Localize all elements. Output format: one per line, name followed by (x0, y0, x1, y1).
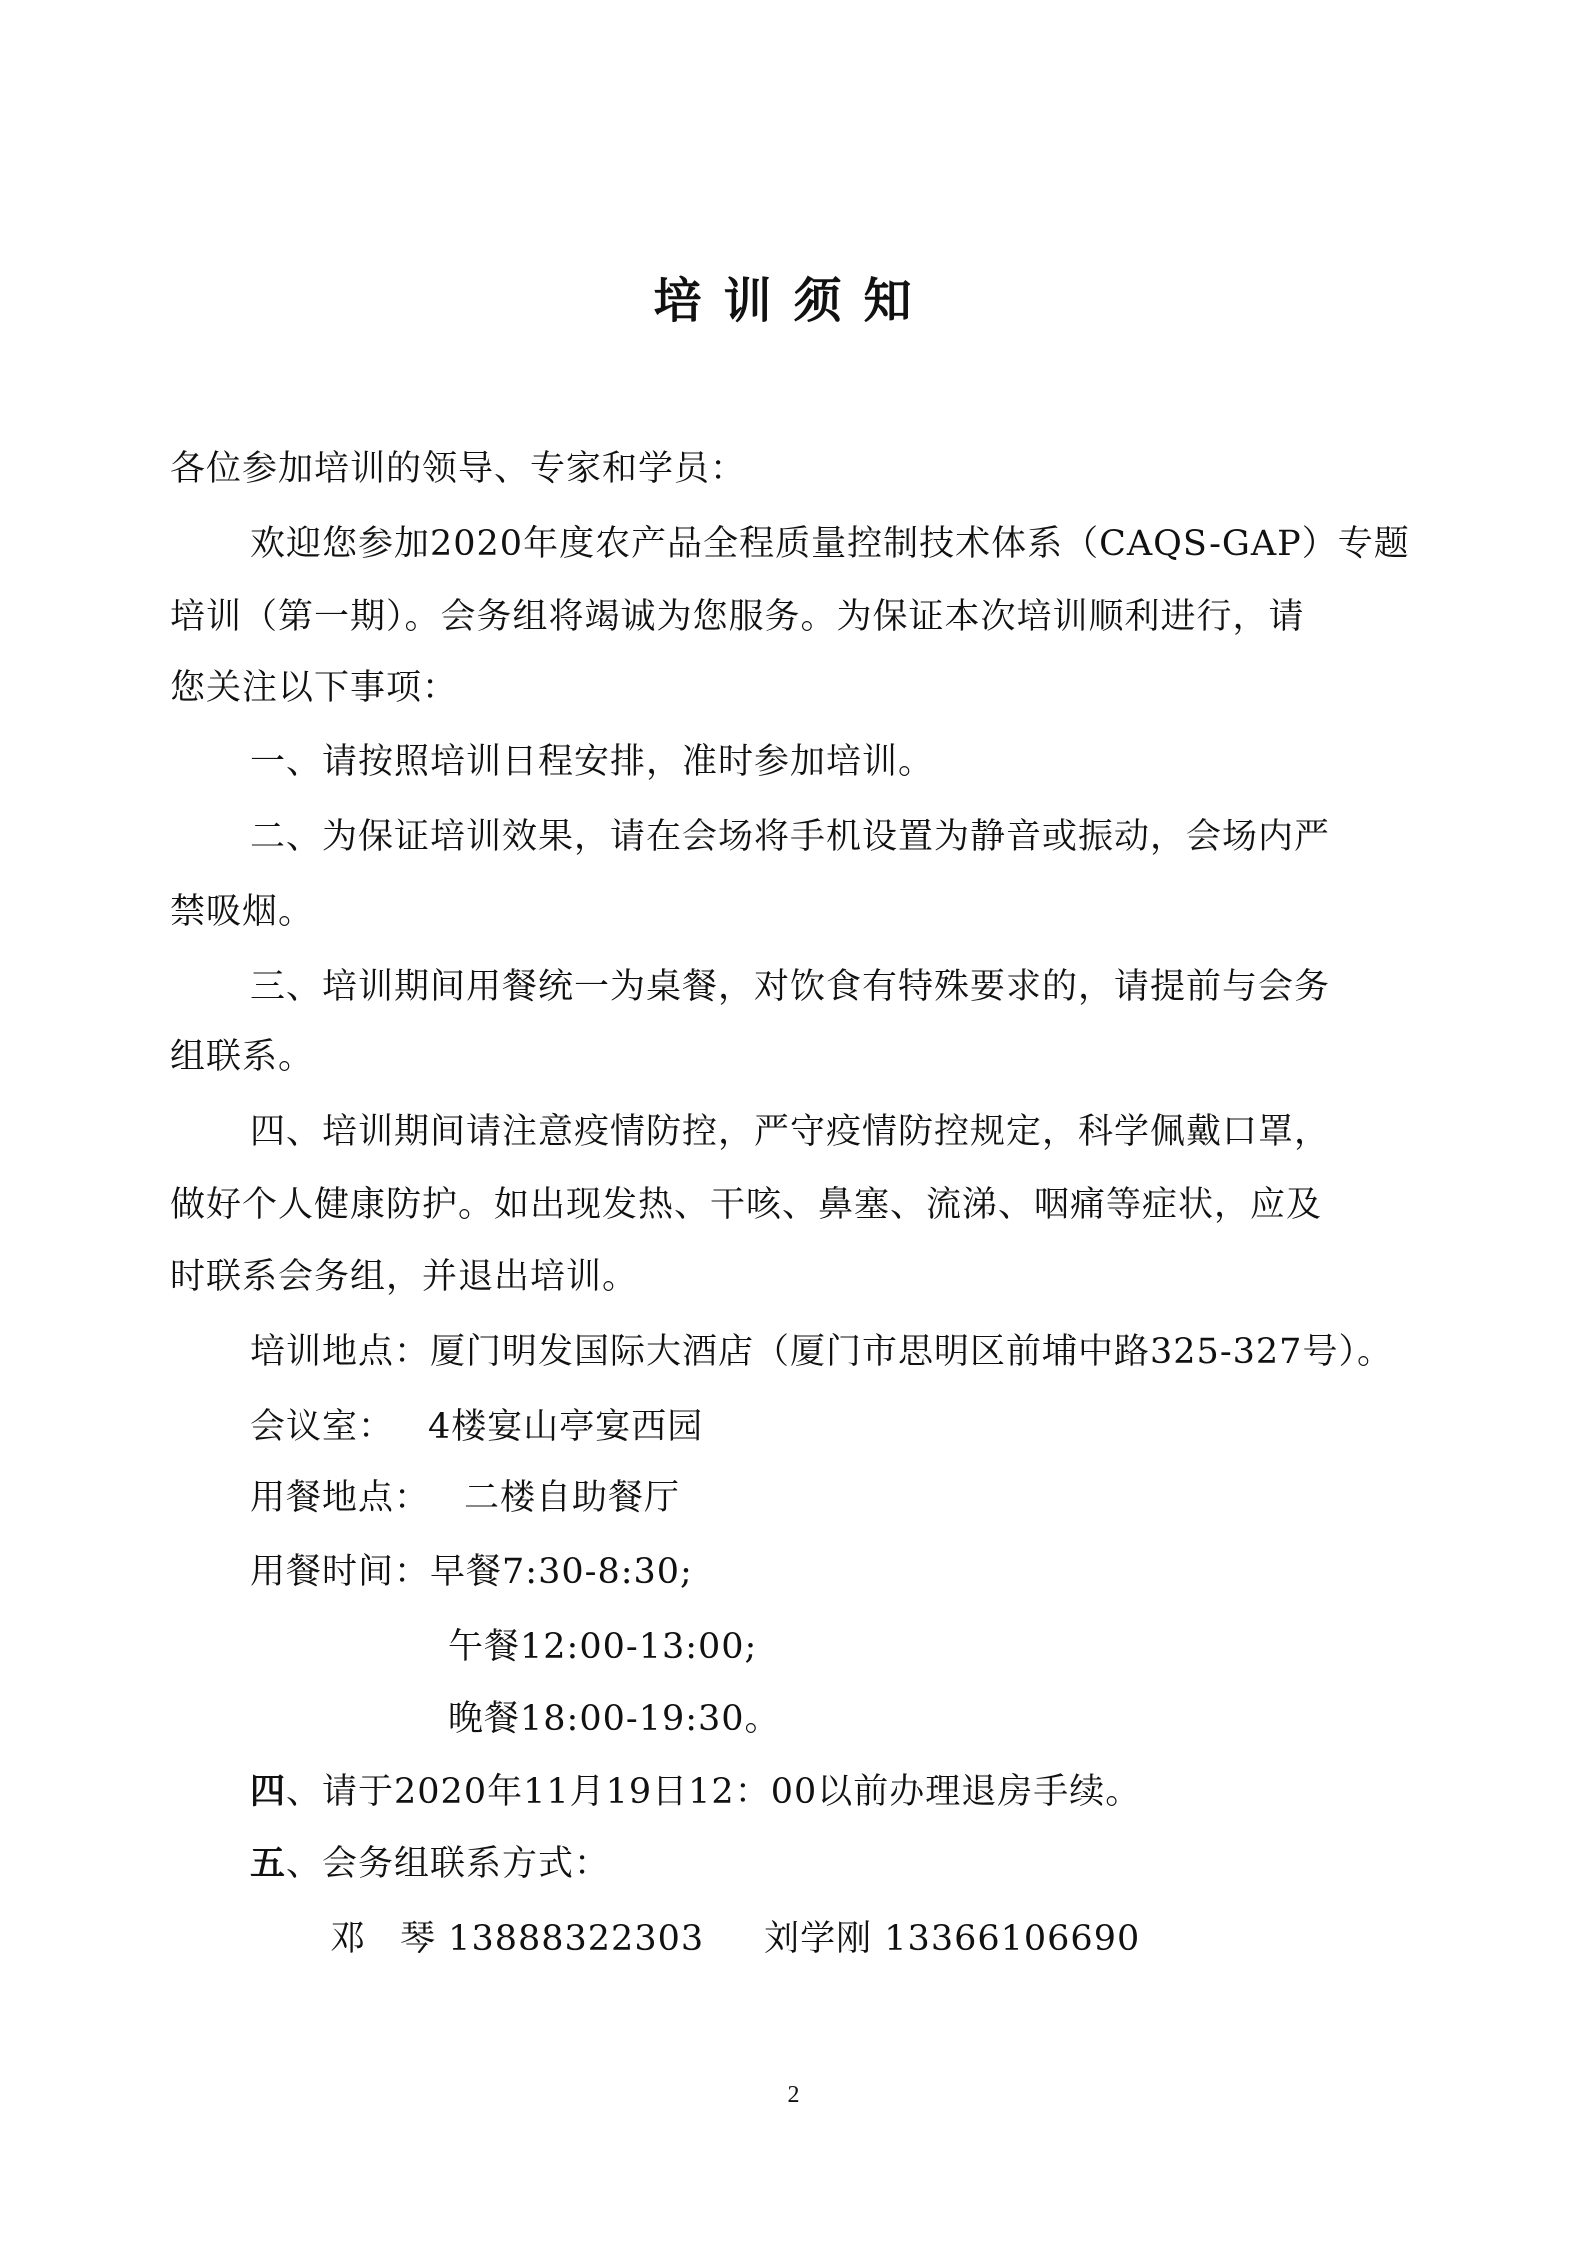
lunch-time: 午餐12:00-13:00; (448, 1625, 1587, 1669)
breakfast-time: 早餐7:30-8:30; (430, 1552, 693, 1592)
venue-location: 培训地点：厦门明发国际大酒店（厦门市思明区前埔中路325-327号）。 (250, 1330, 1510, 1374)
document-page: 培训须知 各位参加培训的领导、专家和学员： 欢迎您参加2020年度农产品全程质量… (0, 0, 1587, 2245)
item-2-line-2: 禁吸烟。 (170, 890, 1430, 934)
item-3-line-1: 三、培训期间用餐统一为桌餐，对饮食有特殊要求的，请提前与会务 (250, 965, 1510, 1009)
intro-line-1: 欢迎您参加2020年度农产品全程质量控制技术体系（CAQS-GAP）专题 (250, 522, 1510, 566)
venue-room-value: 4楼宴山亭宴西园 (428, 1407, 703, 1447)
contacts-marker: 五 (250, 1844, 286, 1884)
item-3-line-2: 组联系。 (170, 1035, 1430, 1079)
contact-1-phone: 13888322303 (448, 1919, 704, 1959)
dining-place-label: 用餐地点： (250, 1478, 430, 1518)
dining-place-value: 二楼自助餐厅 (464, 1478, 680, 1518)
checkout-notice: 四、请于2020年11月19日12：00以前办理退房手续。 (250, 1770, 1510, 1814)
item-4-line-3: 时联系会务组，并退出培训。 (170, 1255, 1430, 1299)
contact-2-name: 刘学刚 (764, 1919, 872, 1959)
page-number: 2 (0, 2082, 1587, 2109)
salutation: 各位参加培训的领导、专家和学员： (170, 447, 1430, 491)
checkout-text: 、请于2020年11月19日12：00以前办理退房手续。 (286, 1772, 1141, 1812)
venue-room-label: 会议室： (250, 1407, 394, 1447)
item-4-line-2: 做好个人健康防护。如出现发热、干咳、鼻塞、流涕、咽痛等症状，应及 (170, 1183, 1430, 1227)
intro-line-2: 培训（第一期）。会务组将竭诚为您服务。为保证本次培训顺利进行，请 (170, 595, 1430, 639)
contact-2-phone: 13366106690 (884, 1919, 1140, 1959)
contacts-heading-text: 、会务组联系方式： (286, 1844, 610, 1884)
document-title: 培训须知 (0, 262, 1587, 331)
item-1-line-1: 一、请按照培训日程安排，准时参加培训。 (250, 740, 1510, 784)
item-2-line-1: 二、为保证培训效果，请在会场将手机设置为静音或振动，会场内严 (250, 815, 1510, 859)
venue-dining-time: 用餐时间：早餐7:30-8:30; (250, 1550, 1510, 1594)
contact-1-name-part-2: 琴 (400, 1919, 436, 1959)
venue-location-label: 培训地点： (250, 1332, 430, 1372)
contacts-list: 邓琴 13888322303刘学刚 13366106690 (330, 1917, 1587, 1961)
contact-1-name-part-1: 邓 (330, 1919, 366, 1959)
venue-dining-place: 用餐地点：二楼自助餐厅 (250, 1476, 1510, 1520)
checkout-marker: 四 (250, 1772, 286, 1812)
venue-room: 会议室：4楼宴山亭宴西园 (250, 1405, 1510, 1449)
dinner-time: 晚餐18:00-19:30。 (448, 1697, 1587, 1741)
item-4-line-1: 四、培训期间请注意疫情防控，严守疫情防控规定，科学佩戴口罩， (250, 1110, 1510, 1154)
intro-line-3: 您关注以下事项： (170, 666, 1430, 710)
contacts-heading: 五、会务组联系方式： (250, 1842, 1510, 1886)
venue-location-value: 厦门明发国际大酒店（厦门市思明区前埔中路325-327号）。 (430, 1332, 1393, 1372)
dining-time-label: 用餐时间： (250, 1552, 430, 1592)
